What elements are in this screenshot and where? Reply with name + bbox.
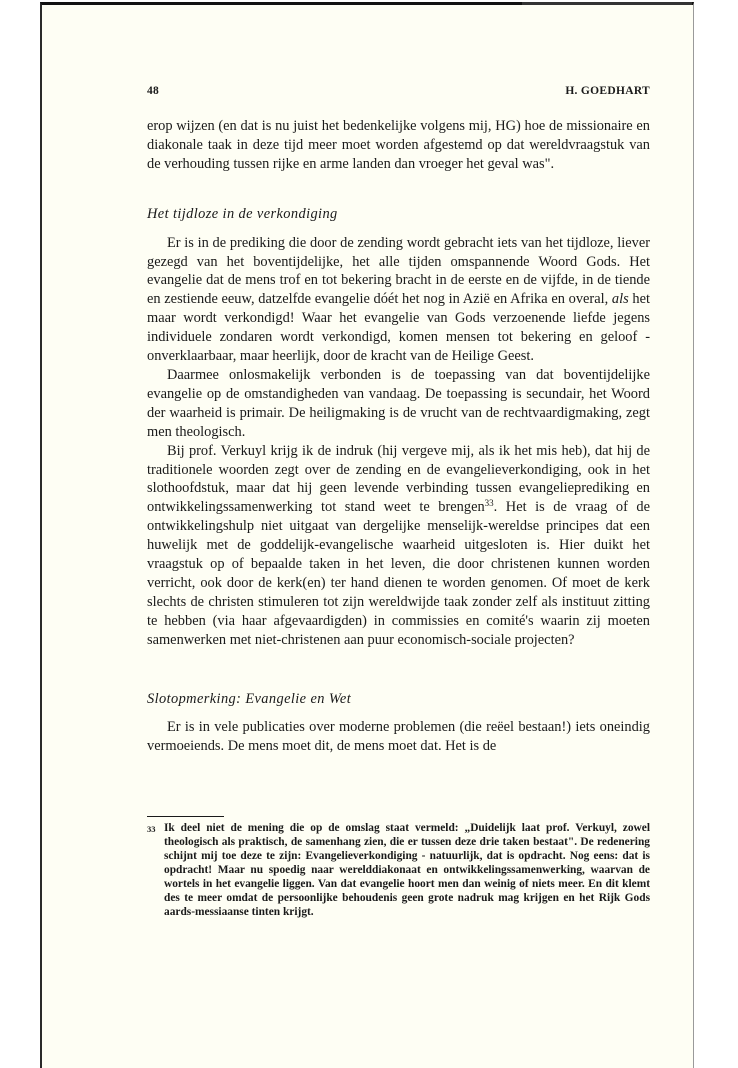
paragraph: Er is in de prediking die door de zendin…	[147, 234, 650, 366]
paragraph-text: Er is in de prediking die door de zendin…	[147, 235, 650, 308]
paragraph-text: . Het is de vraag of de ontwikkelingshul…	[147, 499, 650, 647]
intro-paragraph: erop wijzen (en dat is nu juist het bede…	[147, 117, 650, 174]
footnote-reference[interactable]: 33	[485, 498, 494, 508]
running-title: H. GOEDHART	[565, 85, 650, 101]
paragraph: Daarmee onlosmakelijk verbonden is de to…	[147, 366, 650, 442]
footnote-number: 33	[147, 821, 164, 919]
section-heading-slotopmerking: Slotopmerking: Evangelie en Wet	[147, 690, 650, 709]
section-heading-tijdloze: Het tijdloze in de verkondiging	[147, 205, 650, 224]
page-number: 48	[147, 85, 159, 101]
top-edge-shadow	[522, 2, 692, 5]
paragraph: Bij prof. Verkuyl krijg ik de indruk (hi…	[147, 442, 650, 650]
running-header: 48 H. GOEDHART	[147, 85, 650, 101]
paragraph: Er is in vele publicaties over moderne p…	[147, 718, 650, 756]
body-text: erop wijzen (en dat is nu juist het bede…	[147, 117, 650, 756]
emphasis-text: als	[612, 291, 629, 307]
scanned-page: 48 H. GOEDHART erop wijzen (en dat is nu…	[40, 2, 694, 1068]
footnote-divider	[147, 816, 224, 817]
footnote-33: 33 Ik deel niet de mening die op de omsl…	[147, 821, 650, 919]
footnote-text: Ik deel niet de mening die op de omslag …	[164, 821, 650, 919]
